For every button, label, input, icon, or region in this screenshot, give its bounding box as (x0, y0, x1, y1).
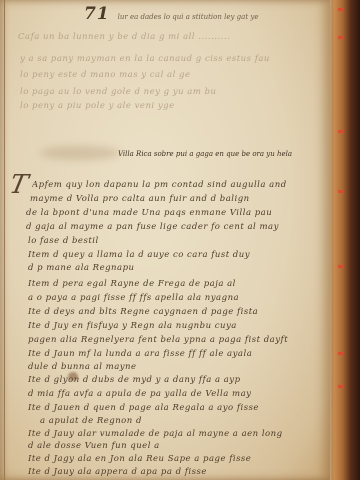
binding-red-mark (338, 130, 344, 133)
binding-red-mark (338, 265, 344, 268)
text-line: d ale dosse Vuen fun quel a (28, 441, 168, 451)
page-header: 71 lur ea dades lo qui a stitution ley g… (84, 4, 258, 24)
faded-line: lo peny este d mano mas y cal al ge (20, 70, 210, 80)
text-line: Ite d Jauy ala appera d apa pa d fisse (28, 467, 288, 477)
binding-red-mark (338, 190, 344, 193)
text-line: a apulat de Regnon d (40, 416, 170, 426)
text-line: d p mane ala Regnapu (28, 263, 158, 273)
binding-red-mark (338, 352, 344, 355)
text-line: Ite d Jaun mf la lunda a ara fisse ff ff… (28, 349, 313, 359)
text-line: a o paya a pagi fisse ff ffs apella ala … (28, 293, 298, 303)
text-line: Item d quey a llama la d auye co cara fu… (28, 250, 318, 260)
manuscript-page: 71 lur ea dades lo qui a stitution ley g… (0, 0, 330, 480)
gutter-line (4, 0, 5, 480)
binding-red-mark (338, 8, 344, 11)
text-line: mayme d Volla pro calta aun fuir and d b… (30, 194, 302, 204)
text-line: d mia ffa avfa a apula de pa yalla de Ve… (28, 389, 298, 399)
text-line: de la bpont d'una made Una paqs enmane V… (26, 208, 301, 218)
faded-line: y a sa pany mayman en la la canaud g cis… (20, 54, 270, 64)
binding-red-mark (338, 385, 344, 388)
folio-number: 71 (84, 4, 110, 24)
text-line: pagen alia Regnelyera fent bela ypna a p… (28, 335, 318, 345)
initial-letter: T (7, 170, 31, 200)
ink-blot (68, 372, 78, 381)
section-heading: Villa Rica sobre pui a gaga en que be or… (118, 150, 292, 158)
text-line: lo fase d bestil (28, 236, 148, 246)
text-line: d gaja al mayme a pan fuse lige cader fo… (26, 222, 301, 232)
text-line: dule d bunna al mayne (28, 362, 168, 372)
text-line: Item d pera egal Rayne de Frega de paja … (28, 279, 308, 289)
text-line: Ite d Jagy ala en Jon ala Reu Sape a pag… (28, 454, 298, 464)
faded-line: lo paga au lo vend gole d ney g yu am bu (20, 87, 260, 97)
text-line: Ite d Jauy alar vumalade de paja al mayn… (28, 429, 308, 439)
faded-line: Cafa un ba lunnen y be d dia g mi all ..… (18, 32, 298, 42)
text-line: Ite d Jauen d quen d page ala Regala a a… (28, 403, 303, 413)
running-head: lur ea dades lo qui a stitution ley gat … (118, 13, 259, 21)
faded-line: lo peny a piu pole y ale veni yge (20, 101, 210, 111)
text-line: Apfem quy lon dapanu la pm contad sind a… (32, 180, 302, 190)
text-line: Ite d Juy en fisfuya y Regn ala nugnbu c… (28, 321, 306, 331)
binding-red-mark (338, 36, 344, 39)
text-line: Ite d deys and blts Regne caygnaen d pag… (28, 307, 303, 317)
page-stain (40, 146, 120, 160)
